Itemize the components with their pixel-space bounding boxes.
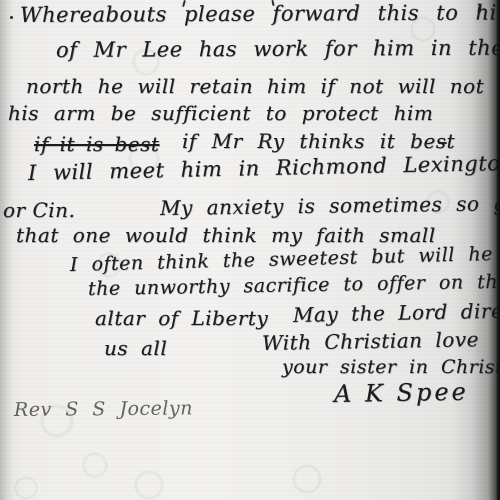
letter-line-1: Whereabouts please forward this to him [20, 0, 500, 27]
ink-dot [10, 16, 13, 19]
paper-blemish [14, 476, 38, 500]
letter-line-10: the unworthy sacrifice to offer on the [88, 271, 500, 300]
closing-line: With Christian love [262, 327, 479, 355]
signature: A K Spee [334, 378, 469, 408]
letter-line-3: north he will retain him if not will not [26, 74, 484, 98]
closing-line-2: your sister in Christ [282, 356, 500, 378]
addressee-line: Rev S S Jocelyn [14, 397, 193, 421]
letter-line-2: of Mr Lee has work for him in the [56, 36, 500, 62]
paper-blemish [82, 452, 108, 478]
letter-line-7a: or Cin. [3, 198, 75, 222]
scan-left-shadow [0, 0, 14, 500]
letter-line-11a: altar of Liberty [95, 306, 268, 330]
letter-line-4: his arm be sufficient to protect him [8, 101, 433, 125]
letter-line-12: us all [104, 336, 167, 360]
letter-line-11b: May the Lord direct [293, 298, 500, 327]
scanned-letter-page: Whereabouts please forward this to him o… [0, 0, 500, 500]
paper-blemish [292, 464, 322, 494]
letter-line-8: that one would think my faith small [16, 223, 436, 247]
letter-line-5: if Mr Ry thinks it best [182, 129, 455, 153]
letter-line-7b: My anxiety is sometimes so great [160, 191, 500, 220]
letter-line-5-struck-text: if it is best [34, 132, 159, 156]
paper-blemish [134, 470, 164, 500]
